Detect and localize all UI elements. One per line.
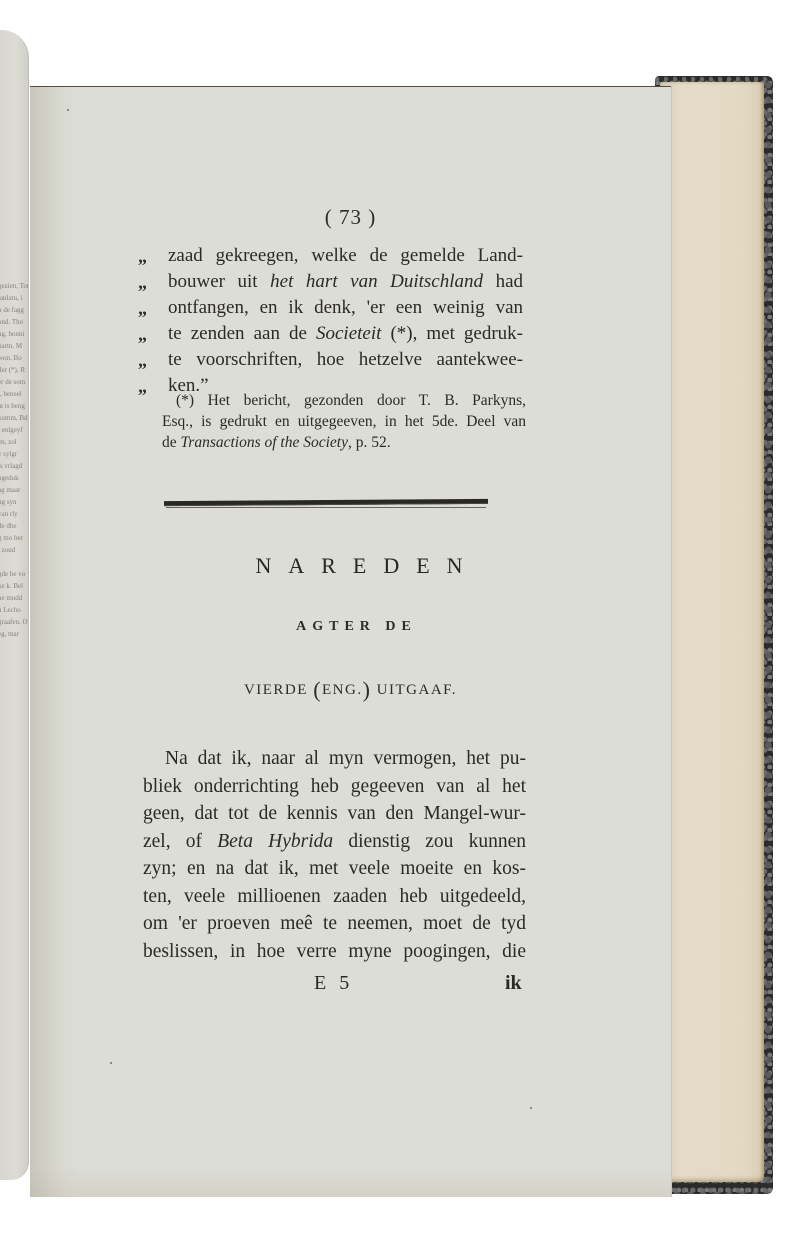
- quote-mark: „: [138, 347, 145, 373]
- quote-line-text: zaad gekreegen, welke de gemelde Land-: [168, 245, 523, 266]
- bleed-line: hartn, M: [0, 340, 28, 352]
- bleed-line: en, zol: [0, 436, 28, 448]
- quote-line-text: bouwer uit: [168, 271, 270, 292]
- body-line: zel, of Beta Hybrida dienstig zou kunnen: [143, 828, 526, 856]
- bleed-line: der (*), R: [0, 364, 28, 376]
- quote-line-text: te zenden aan de: [168, 323, 316, 344]
- foxing-spot: [67, 109, 69, 111]
- edition-text: UITGAAF.: [371, 682, 457, 698]
- bleed-line: t enlgeyf: [0, 424, 28, 436]
- quote-mark: „: [138, 269, 145, 295]
- bleed-line: gde he vo: [0, 568, 28, 580]
- bleed-line: er de som: [0, 376, 28, 388]
- bleed-line: van rly: [0, 508, 28, 520]
- signature-mark: E 5: [314, 972, 353, 995]
- section-edition: VIERDE (ENG.) UITGAAF.: [30, 677, 671, 703]
- bleed-line: lanlatu, i: [0, 292, 28, 304]
- body-text: dienstig zou kunnen: [333, 831, 526, 852]
- quote-line-text: (*), met gedruk-: [381, 323, 523, 344]
- section-divider-underline: [166, 507, 486, 508]
- bleed-line: ngeduk: [0, 472, 28, 484]
- quote-mark: „: [138, 295, 145, 321]
- quote-mark: „: [138, 321, 145, 347]
- section-subtitle: AGTER DE: [30, 619, 677, 635]
- edition-text: VIERDE: [244, 682, 313, 698]
- quote-line: „bouwer uit het hart van Duitschland had: [138, 269, 523, 295]
- italic-phrase: het hart van Duitschland: [270, 271, 483, 292]
- italic-phrase: Societeit: [316, 323, 381, 344]
- footnote-text: , p. 52.: [348, 434, 391, 451]
- footnote-line: de Transactions of the Society, p. 52.: [162, 432, 526, 453]
- bleed-line: y sylgr: [0, 448, 28, 460]
- bleed-line: ag maar: [0, 484, 28, 496]
- italic-species-name: Beta Hybrida: [217, 831, 333, 852]
- body-line: zyn; en na dat ik, met veele moeite en k…: [143, 855, 526, 883]
- bleed-line: ond. Tho: [0, 316, 28, 328]
- bleed-line: at is beng: [0, 400, 28, 412]
- foxing-spot: [530, 1107, 532, 1109]
- quote-mark: „: [138, 373, 145, 399]
- edition-text: ENG.: [322, 682, 363, 698]
- photo-scene: ( 73 ) „zaad gekreegen, welke de gemelde…: [0, 0, 796, 1260]
- footnote: (*) Het bericht, gezonden door T. B. Par…: [162, 390, 526, 453]
- quote-line: „zaad gekreegen, welke de gemelde Land-: [138, 243, 523, 269]
- bleed-line: ke k. Bel: [0, 580, 28, 592]
- section-divider-rule: [164, 499, 488, 506]
- body-line: Na dat ik, naar al myn vermogen, het pu-: [143, 745, 526, 773]
- foxing-spot: [110, 1062, 112, 1064]
- quote-line: „te zenden aan de Societeit (*), met ged…: [138, 321, 523, 347]
- bleed-line: , zoud: [0, 544, 28, 556]
- bleed-line: g mo ber: [0, 532, 28, 544]
- left-page-edge: gezien, Tot lanlatu, i n de fagg ond. Th…: [0, 30, 29, 1180]
- body-line: beslissen, in hoe verre myne poogingen, …: [143, 938, 526, 966]
- bleed-line: u Lecho: [0, 604, 28, 616]
- footnote-text: de: [162, 434, 181, 451]
- quote-line-text: te voorschriften, hoe hetzelve aantekwee…: [168, 349, 523, 370]
- footnote-italic-title: Transactions of the Society: [181, 434, 348, 451]
- body-line: om 'er proeven meê te neemen, moet de ty…: [143, 910, 526, 938]
- body-paragraph: Na dat ik, naar al myn vermogen, het pu-…: [143, 745, 526, 965]
- section-title: NAREDEN: [30, 553, 688, 579]
- bleed-line: de dhe: [0, 520, 28, 532]
- footnote-line: (*) Het bericht, gezonden door T. B. Par…: [162, 390, 526, 411]
- bleed-line: ng syn: [0, 496, 28, 508]
- bleed-line: ng, honni: [0, 328, 28, 340]
- body-line: geen, dat tot de kennis van den Mangel-w…: [143, 800, 526, 828]
- bleed-line: n de fagg: [0, 304, 28, 316]
- bleed-line: komm, Bde: [0, 412, 28, 424]
- left-page-bleed-text: gezien, Tot lanlatu, i n de fagg ond. Th…: [0, 280, 28, 640]
- book-page: ( 73 ) „zaad gekreegen, welke de gemelde…: [30, 86, 671, 1197]
- bleed-line: is vrlagd: [0, 460, 28, 472]
- catchword: ik: [505, 972, 522, 995]
- bleed-line: l, beneel: [0, 388, 28, 400]
- quote-line: „te voorschriften, hoe hetzelve aantekwe…: [138, 347, 523, 373]
- bleed-line: won. Bo: [0, 352, 28, 364]
- page-number: ( 73 ): [30, 205, 671, 230]
- bleed-line: [0, 556, 28, 568]
- bleed-line: eg, mar: [0, 628, 28, 640]
- bleed-line: gezien, Tot: [0, 280, 28, 292]
- quote-line-text: ontfangen, en ik denk, 'er een weinig va…: [168, 297, 523, 318]
- paren-open: (: [313, 677, 322, 702]
- body-line: ten, veele millioenen zaaden heb uitgede…: [143, 883, 526, 911]
- bleed-line: graafen. O: [0, 616, 28, 628]
- footnote-line: Esq., is gedrukt en uitgegeeven, in het …: [162, 411, 526, 432]
- body-text: zel, of: [143, 831, 217, 852]
- quoted-passage: „zaad gekreegen, welke de gemelde Land- …: [138, 243, 528, 399]
- quote-mark: „: [138, 243, 145, 269]
- body-line: bliek onderrichting heb gegeeven van al …: [143, 773, 526, 801]
- bleed-line: ne mudd: [0, 592, 28, 604]
- quote-line-text: had: [483, 271, 523, 292]
- quote-line: „ontfangen, en ik denk, 'er een weinig v…: [138, 295, 523, 321]
